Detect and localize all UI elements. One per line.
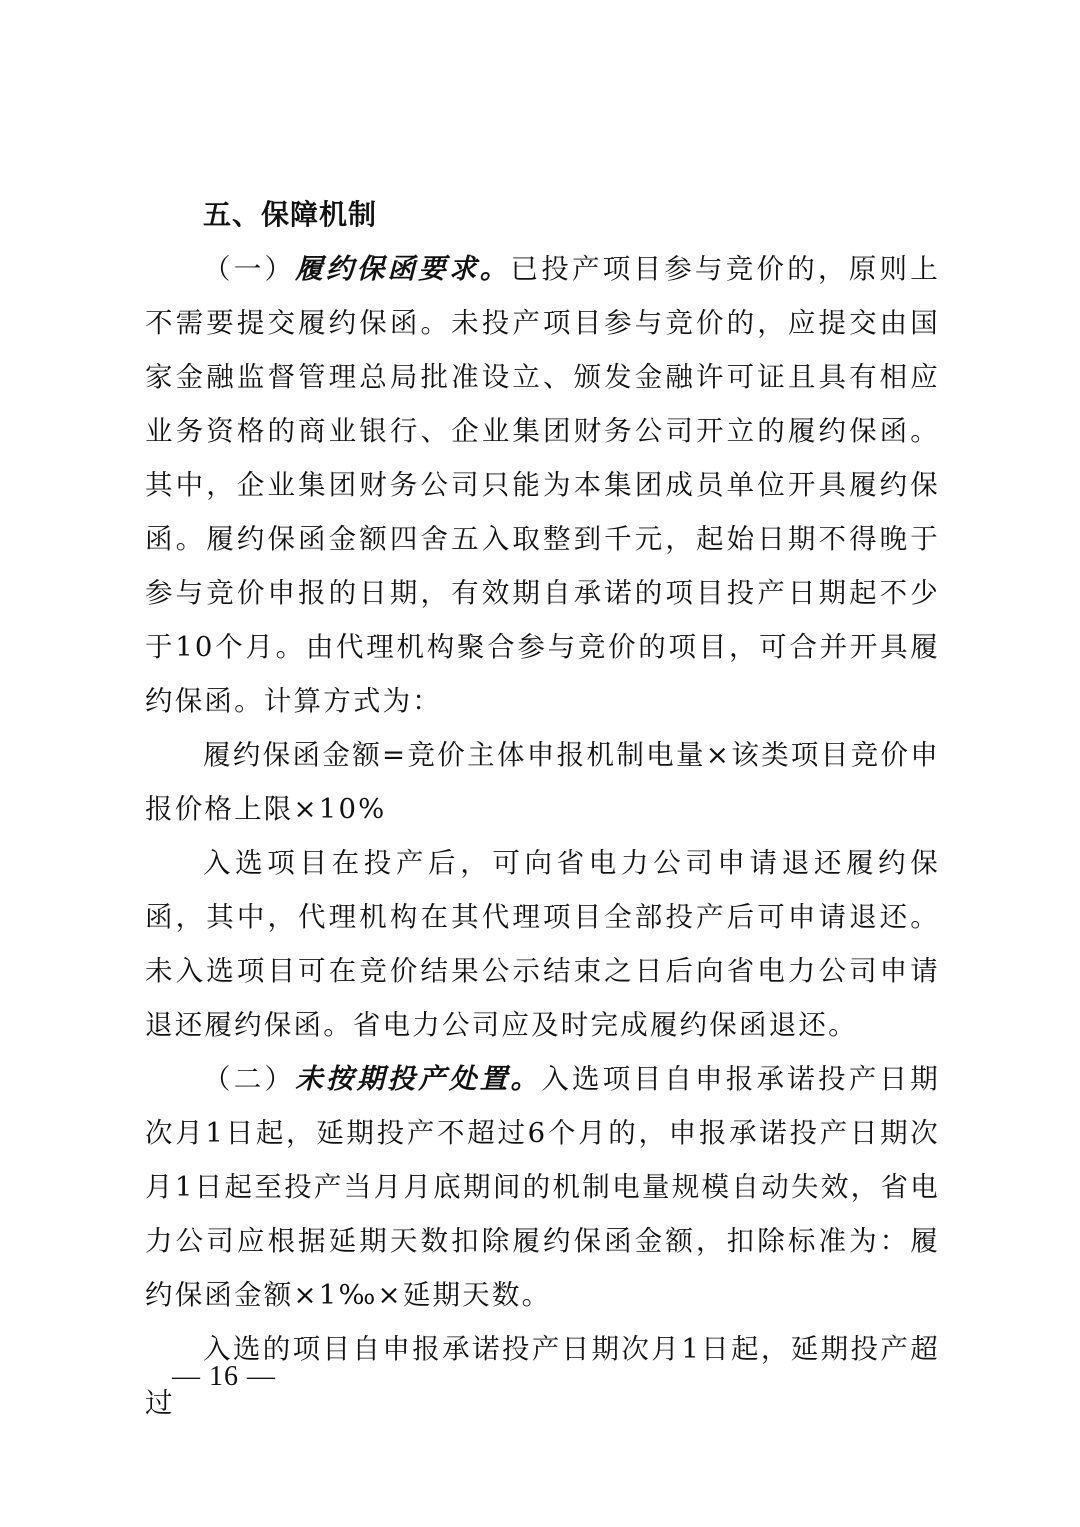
paragraph-refund: 入选项目在投产后，可向省电力公司申请退还履约保函，其中，代理机构在其代理项目全部…	[145, 836, 940, 1052]
paragraph-delayed-production: （二）未按期投产处置。入选项目自申报承诺投产日期次月1日起，延期投产不超过6个月…	[145, 1052, 940, 1322]
section-heading: 五、保障机制	[145, 188, 940, 242]
clause-text: 入选项目自申报承诺投产日期次月1日起，延期投产不超过6个月的，申报承诺投产日期次…	[145, 1063, 940, 1311]
clause-label: （一）	[203, 253, 295, 285]
clause-keyword: 履约保函要求。	[295, 253, 510, 285]
clause-text: 已投产项目参与竞价的，原则上不需要提交履约保函。未投产项目参与竞价的，应提交由国…	[145, 253, 940, 717]
page-number: — 16 —	[172, 1360, 276, 1394]
paragraph-formula: 履约保函金额=竞价主体申报机制电量×该类项目竞价申报价格上限×10%	[145, 728, 940, 836]
refund-text: 入选项目在投产后，可向省电力公司申请退还履约保函，其中，代理机构在其代理项目全部…	[145, 847, 940, 1041]
clause-keyword: 未按期投产处置。	[295, 1063, 541, 1095]
formula-text: 履约保函金额=竞价主体申报机制电量×该类项目竞价申报价格上限×10%	[145, 739, 940, 825]
paragraph-performance-guarantee: （一）履约保函要求。已投产项目参与竞价的，原则上不需要提交履约保函。未投产项目参…	[145, 242, 940, 728]
clause-label: （二）	[203, 1063, 295, 1095]
document-page: 五、保障机制 （一）履约保函要求。已投产项目参与竞价的，原则上不需要提交履约保函…	[145, 188, 940, 1430]
